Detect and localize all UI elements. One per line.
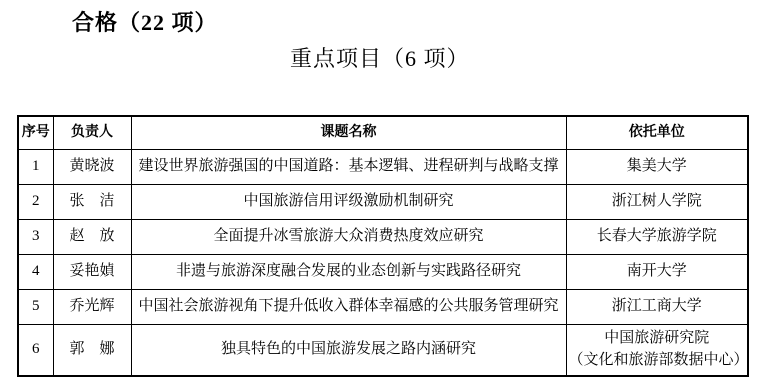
cell-no: 3 bbox=[18, 220, 53, 255]
cell-org: 浙江工商大学 bbox=[566, 290, 748, 325]
cell-org: 集美大学 bbox=[566, 150, 748, 185]
cell-no: 5 bbox=[18, 290, 53, 325]
page-title: 合格（22 项） bbox=[72, 6, 218, 37]
cell-org: 浙江树人学院 bbox=[566, 185, 748, 220]
cell-leader: 乔光辉 bbox=[53, 290, 131, 325]
header-cell-no: 序号 bbox=[18, 116, 53, 150]
cell-leader: 黄晓波 bbox=[53, 150, 131, 185]
header-cell-topic: 课题名称 bbox=[131, 116, 566, 150]
table-row: 1 黄晓波 建设世界旅游强国的中国道路：基本逻辑、进程研判与战略支撑 集美大学 bbox=[18, 150, 748, 185]
cell-leader: 妥艳媜 bbox=[53, 255, 131, 290]
cell-org: 中国旅游研究院 （文化和旅游部数据中心） bbox=[566, 325, 748, 377]
cell-leader: 赵 放 bbox=[53, 220, 131, 255]
table-row: 3 赵 放 全面提升冰雪旅游大众消费热度效应研究 长春大学旅游学院 bbox=[18, 220, 748, 255]
table-header-row: 序号 负责人 课题名称 依托单位 bbox=[18, 116, 748, 150]
projects-table: 序号 负责人 课题名称 依托单位 1 黄晓波 建设世界旅游强国的中国道路：基本逻… bbox=[17, 115, 749, 377]
cell-leader: 郭 娜 bbox=[53, 325, 131, 377]
cell-topic: 独具特色的中国旅游发展之路内涵研究 bbox=[131, 325, 566, 377]
cell-topic: 非遗与旅游深度融合发展的业态创新与实践路径研究 bbox=[131, 255, 566, 290]
cell-no: 6 bbox=[18, 325, 53, 377]
table-row: 6 郭 娜 独具特色的中国旅游发展之路内涵研究 中国旅游研究院 （文化和旅游部数… bbox=[18, 325, 748, 377]
table-row: 4 妥艳媜 非遗与旅游深度融合发展的业态创新与实践路径研究 南开大学 bbox=[18, 255, 748, 290]
cell-leader: 张 洁 bbox=[53, 185, 131, 220]
cell-topic: 建设世界旅游强国的中国道路：基本逻辑、进程研判与战略支撑 bbox=[131, 150, 566, 185]
cell-topic: 全面提升冰雪旅游大众消费热度效应研究 bbox=[131, 220, 566, 255]
cell-no: 4 bbox=[18, 255, 53, 290]
cell-org: 南开大学 bbox=[566, 255, 748, 290]
cell-no: 2 bbox=[18, 185, 53, 220]
cell-no: 1 bbox=[18, 150, 53, 185]
cell-org: 长春大学旅游学院 bbox=[566, 220, 748, 255]
cell-topic: 中国旅游信用评级激励机制研究 bbox=[131, 185, 566, 220]
table-row: 2 张 洁 中国旅游信用评级激励机制研究 浙江树人学院 bbox=[18, 185, 748, 220]
cell-topic: 中国社会旅游视角下提升低收入群体幸福感的公共服务管理研究 bbox=[131, 290, 566, 325]
table-row: 5 乔光辉 中国社会旅游视角下提升低收入群体幸福感的公共服务管理研究 浙江工商大… bbox=[18, 290, 748, 325]
section-title: 重点项目（6 项） bbox=[290, 42, 470, 73]
header-cell-leader: 负责人 bbox=[53, 116, 131, 150]
header-cell-org: 依托单位 bbox=[566, 116, 748, 150]
